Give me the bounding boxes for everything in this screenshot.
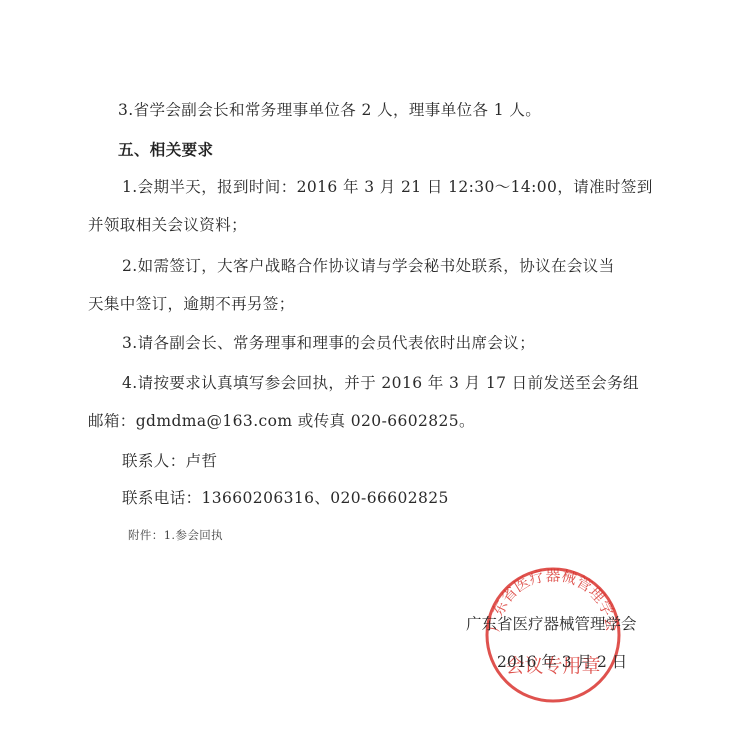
requirement-3: 3.请各副会长、常务理事和理事的会员代表依时出席会议； — [122, 333, 535, 353]
requirement-2-line1: 2.如需签订，大客户战略合作协议请与学会秘书处联系，协议在会议当 — [122, 256, 615, 276]
official-seal-icon: 广东省医疗器械管理学会 会议专用章 — [478, 560, 628, 710]
contact-person: 联系人：卢哲 — [122, 451, 217, 471]
attachment-note: 附件：1.参会回执 — [128, 525, 223, 545]
attendee-quota-text: 3.省学会副会长和常务理事单位各 2 人，理事单位各 1 人。 — [118, 100, 541, 120]
requirement-4-line1: 4.请按要求认真填写参会回执，并于 2016 年 3 月 17 日前发送至会务组 — [122, 373, 639, 393]
requirement-2-line2: 天集中签订，逾期不再另签； — [88, 294, 295, 314]
section-heading-requirements: 五、相关要求 — [118, 140, 213, 160]
requirement-1-line2: 并领取相关会议资料； — [88, 215, 247, 235]
requirement-1-line1: 1.会期半天，报到时间：2016 年 3 月 21 日 12:30～14:00，… — [122, 177, 653, 197]
signature-organization: 广东省医疗器械管理学会 — [466, 612, 637, 634]
contact-phone: 联系电话：13660206316、020-66602825 — [122, 488, 449, 508]
signature-date: 2016 年 3 月 2 日 — [497, 650, 627, 672]
requirement-4-line2: 邮箱：gdmdma@163.com 或传真 020-6602825。 — [88, 411, 475, 431]
